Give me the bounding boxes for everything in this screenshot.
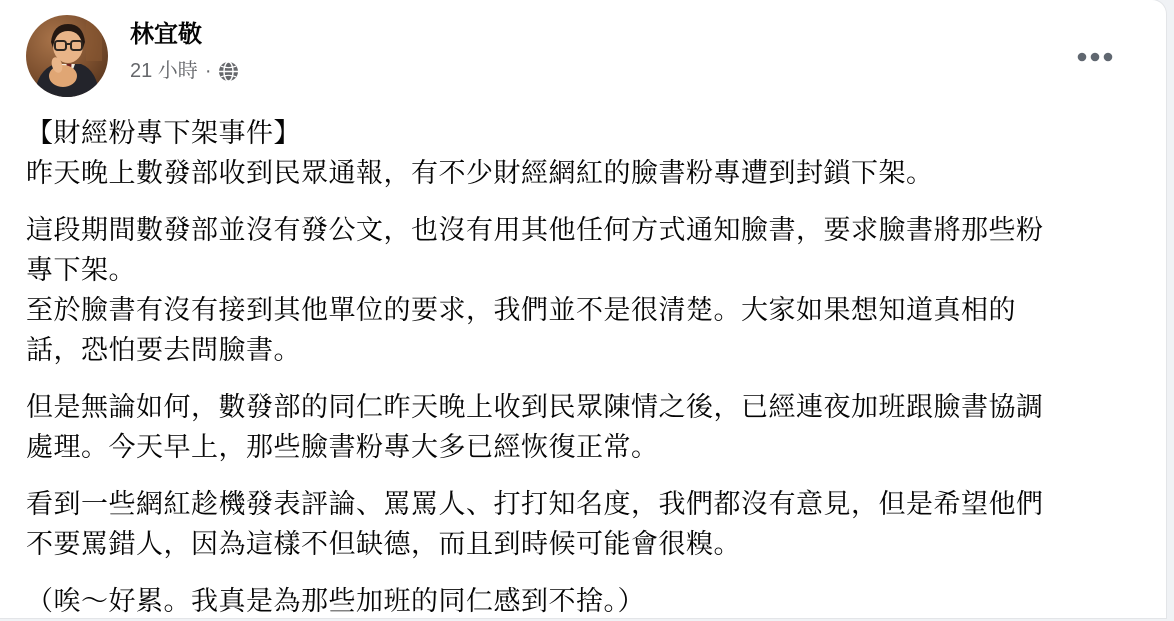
globe-icon	[218, 61, 239, 82]
post-card: 林宜敬 21 小時 ·	[0, 0, 1166, 618]
post-header: 林宜敬 21 小時 ·	[0, 0, 1166, 97]
post-paragraph: 【財經粉專下架事件】昨天晚上數發部收到民眾通報，有不少財經網紅的臉書粉專遭到封鎖…	[26, 113, 1058, 193]
ellipsis-icon	[1077, 52, 1113, 62]
timestamp[interactable]: 21 小時	[130, 59, 198, 83]
post-paragraph: 這段期間數發部並沒有發公文，也沒有用其他任何方式通知臉書，要求臉書將那些粉專下架…	[26, 210, 1058, 370]
meta-separator: ·	[205, 59, 212, 83]
post-paragraph: （唉～好累。我真是為那些加班的同仁感到不捨。）	[26, 581, 1058, 618]
post-menu-button[interactable]	[1069, 44, 1121, 70]
post-body: 【財經粉專下架事件】昨天晚上數發部收到民眾通報，有不少財經網紅的臉書粉專遭到封鎖…	[26, 113, 1058, 618]
author-name[interactable]: 林宜敬	[130, 20, 239, 50]
post-meta: 21 小時 ·	[130, 59, 239, 83]
avatar-image	[26, 15, 108, 97]
post-paragraph: 看到一些網紅趁機發表評論、罵罵人、打打知名度，我們都沒有意見，但是希望他們不要罵…	[26, 484, 1058, 564]
post-header-text: 林宜敬 21 小時 ·	[130, 15, 239, 83]
post-paragraph: 但是無論如何，數發部的同仁昨天晚上收到民眾陳情之後，已經連夜加班跟臉書協調處理。…	[26, 387, 1058, 467]
avatar[interactable]	[26, 15, 108, 97]
